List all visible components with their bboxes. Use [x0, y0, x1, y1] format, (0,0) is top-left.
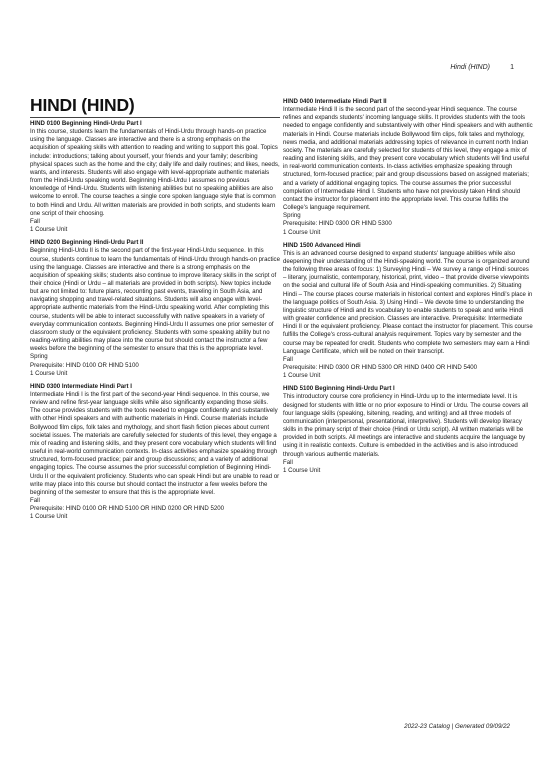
- page-title: HINDI (HIND): [30, 94, 280, 118]
- course-units: 1 Course Unit: [30, 370, 280, 378]
- course-units: 1 Course Unit: [30, 226, 280, 234]
- page-footer: 2022-23 Catalog | Generated 09/09/22: [404, 723, 510, 730]
- running-head: Hindi (HIND): [450, 64, 490, 71]
- page-number: 1: [510, 64, 514, 71]
- course-term: Fall: [283, 459, 533, 467]
- course-description: Beginning Hindi-Urdu II is the second pa…: [30, 247, 280, 353]
- course-units: 1 Course Unit: [283, 229, 533, 237]
- course-description: Intermediate Hindi II is the second part…: [283, 106, 533, 212]
- course-description: Intermediate Hindi I is the first part o…: [30, 391, 280, 497]
- course-term: Fall: [30, 218, 280, 226]
- course-term: Fall: [30, 497, 280, 505]
- course-title: HIND 0100 Beginning Hindi-Urdu Part I: [30, 120, 280, 128]
- course-term: Fall: [283, 356, 533, 364]
- course-title: HIND 1500 Advanced Hindi: [283, 242, 533, 250]
- course-term: Spring: [30, 353, 280, 361]
- course-title: HIND 5100 Beginning Hindi-Urdu Part I: [283, 385, 533, 393]
- course-units: 1 Course Unit: [283, 372, 533, 380]
- right-column: HIND 0400 Intermediate Hindi Part II Int…: [283, 98, 533, 480]
- course-title: HIND 0200 Beginning Hindi-Urdu Part II: [30, 239, 280, 247]
- course-units: 1 Course Unit: [30, 513, 280, 521]
- course-entry-hind-0100: HIND 0100 Beginning Hindi-Urdu Part I In…: [30, 120, 280, 234]
- course-term: Spring: [283, 212, 533, 220]
- course-description: This introductory course core proficienc…: [283, 393, 533, 458]
- course-units: 1 Course Unit: [283, 467, 533, 475]
- course-prerequisite: Prerequisite: HIND 0300 OR HIND 5300: [283, 220, 533, 228]
- course-title: HIND 0300 Intermediate Hindi Part I: [30, 383, 280, 391]
- course-prerequisite: Prerequisite: HIND 0100 OR HIND 5100 OR …: [30, 505, 280, 513]
- course-entry-hind-5100: HIND 5100 Beginning Hindi-Urdu Part I Th…: [283, 385, 533, 475]
- course-prerequisite: Prerequisite: HIND 0100 OR HIND 5100: [30, 362, 280, 370]
- course-entry-hind-0200: HIND 0200 Beginning Hindi-Urdu Part II B…: [30, 239, 280, 378]
- course-description: In this course, students learn the funda…: [30, 128, 280, 218]
- course-entry-hind-0300: HIND 0300 Intermediate Hindi Part I Inte…: [30, 383, 280, 522]
- left-column: HINDI (HIND) HIND 0100 Beginning Hindi-U…: [30, 94, 280, 527]
- course-prerequisite: Prerequisite: HIND 0300 OR HIND 5300 OR …: [283, 364, 533, 372]
- course-title: HIND 0400 Intermediate Hindi Part II: [283, 98, 533, 106]
- course-description: This is an advanced course designed to e…: [283, 250, 533, 356]
- course-entry-hind-0400: HIND 0400 Intermediate Hindi Part II Int…: [283, 98, 533, 237]
- course-entry-hind-1500: HIND 1500 Advanced Hindi This is an adva…: [283, 242, 533, 381]
